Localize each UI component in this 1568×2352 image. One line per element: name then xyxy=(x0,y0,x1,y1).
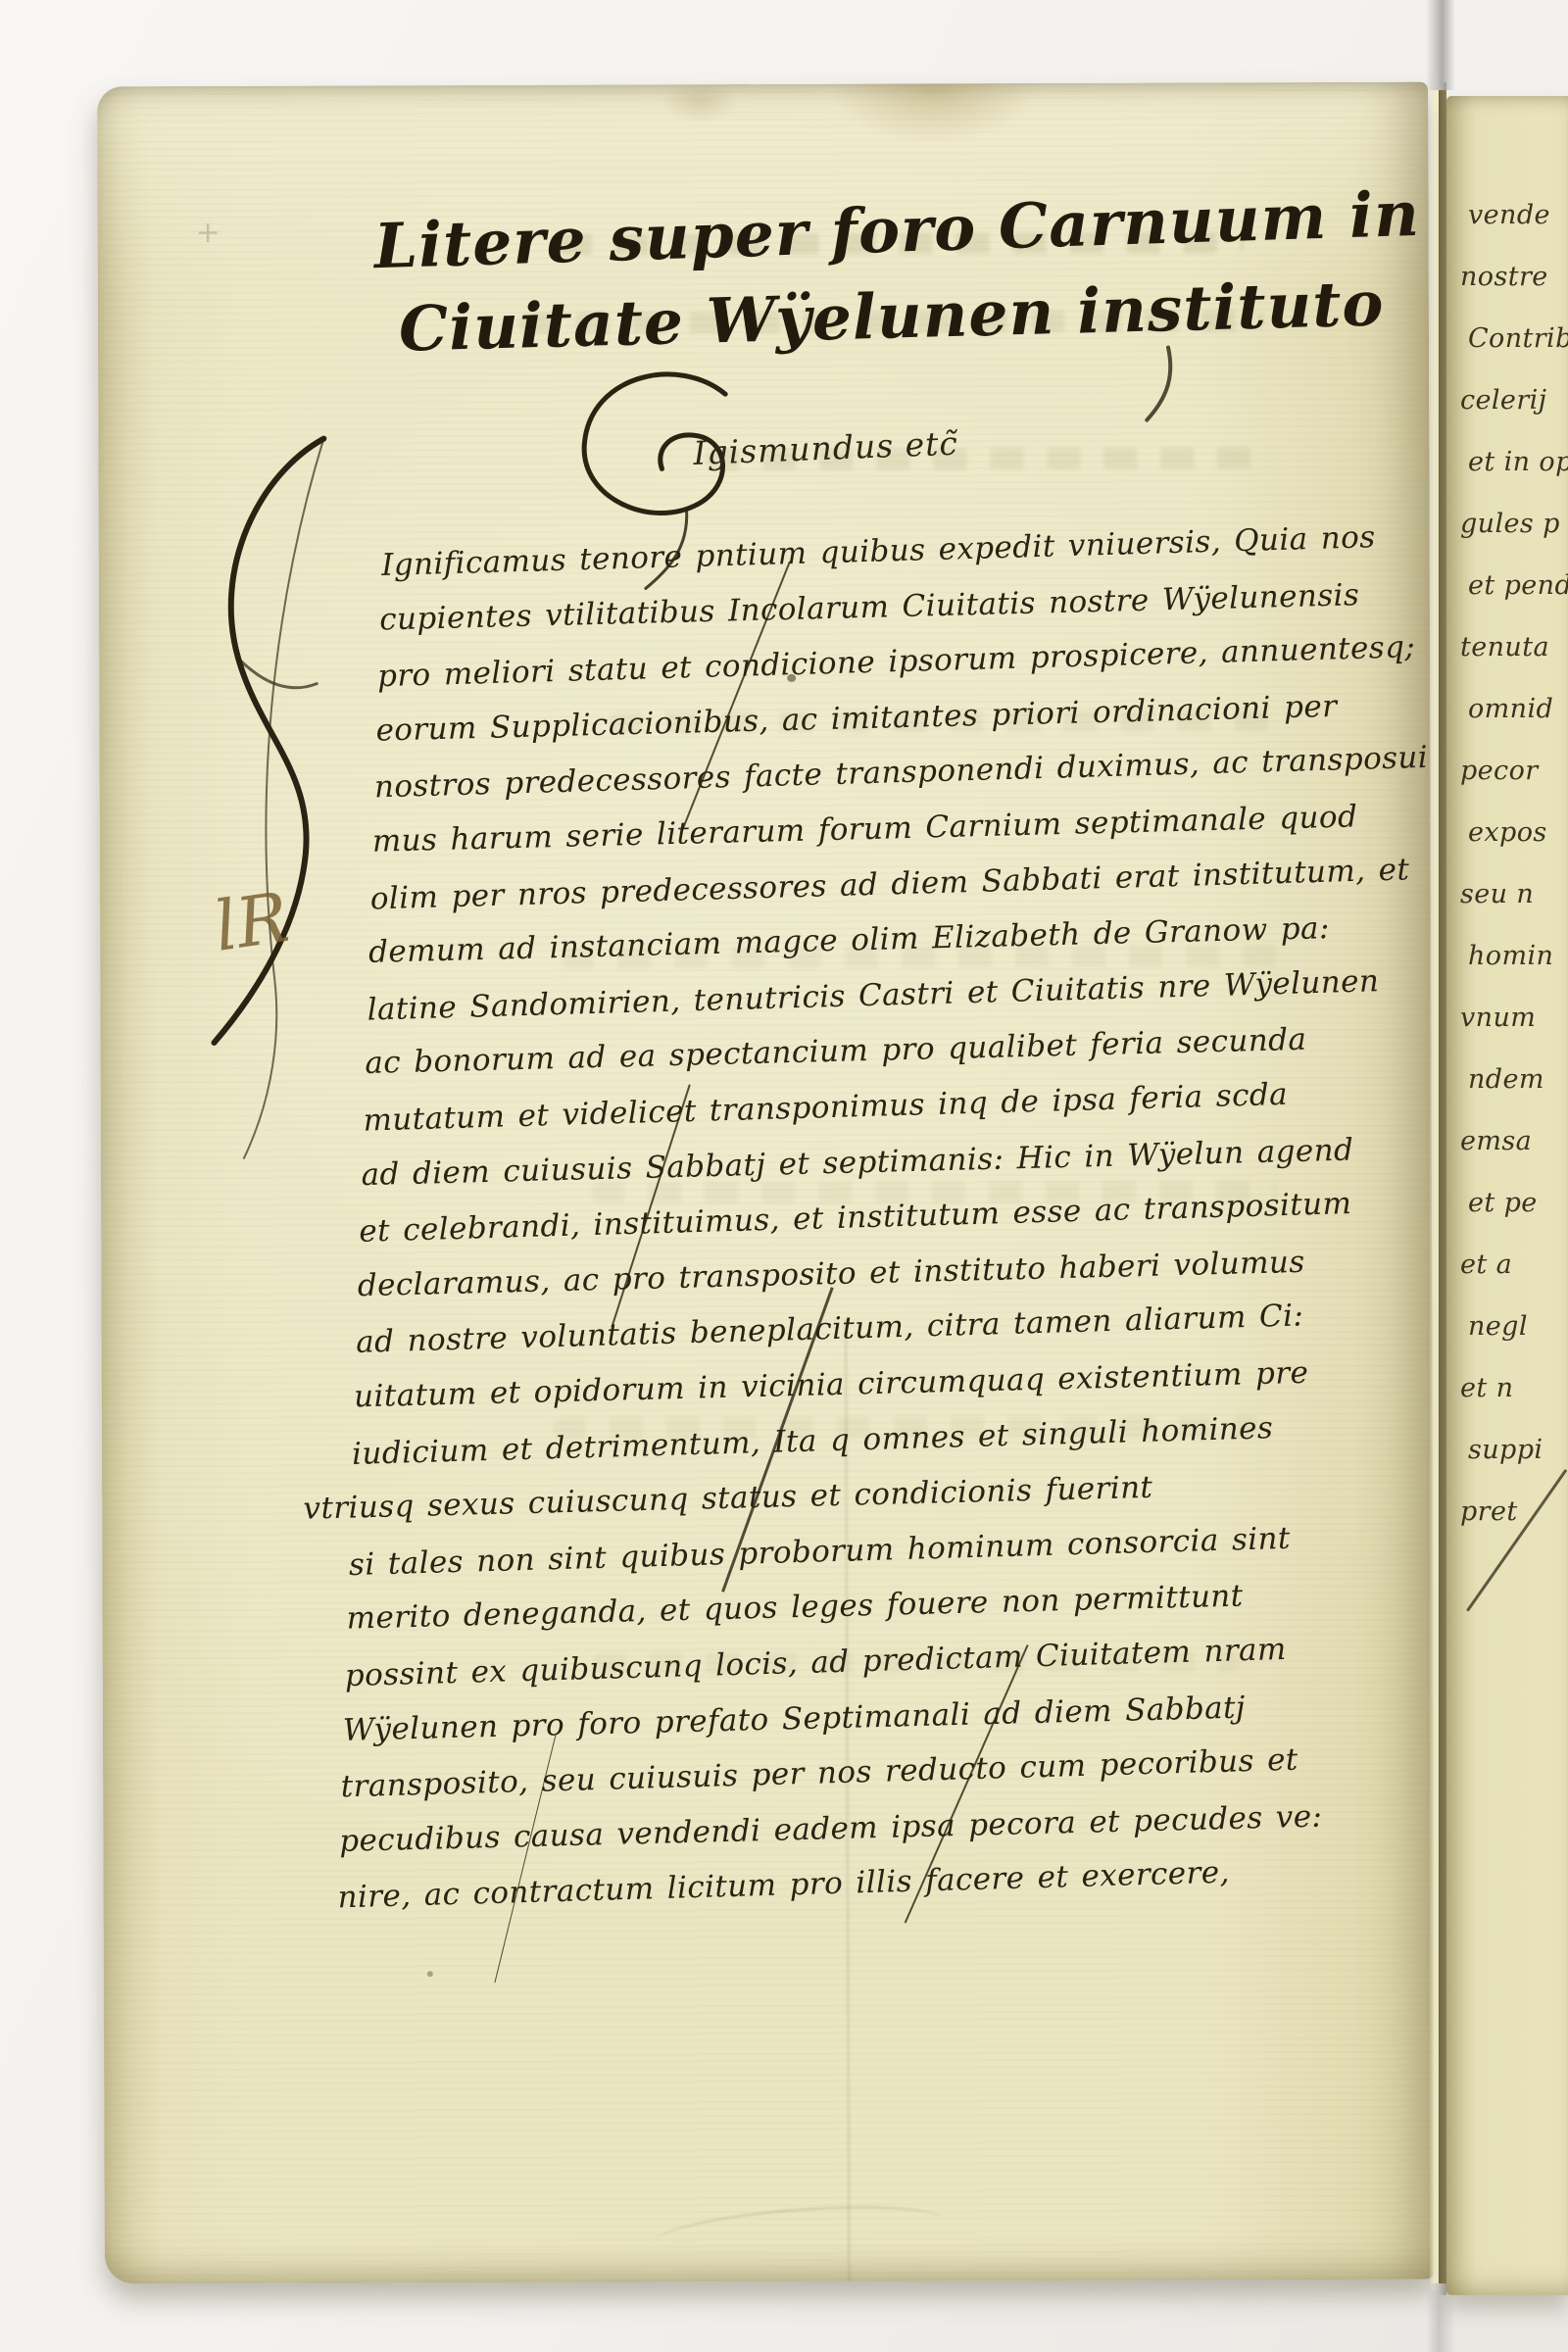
page-title-line-2: Ciuitate Wÿelunen instituto xyxy=(398,267,1385,365)
manuscript-text-line: cupientes vtilitatibus Incolarum Ciuitat… xyxy=(379,577,1360,637)
manuscript-text-line: declaramus, ac pro transposito et instit… xyxy=(357,1245,1305,1303)
binding-crease-top xyxy=(1426,0,1455,90)
body-text-block: Ignificamus tenore pntium quibus expedit… xyxy=(295,520,1429,1979)
facing-page-text-fragment: pecor xyxy=(1460,756,1539,786)
manuscript-text-line: latine Sandomirien, tenutricis Castri et… xyxy=(367,963,1380,1027)
facing-page-text-fragment: suppi xyxy=(1468,1435,1543,1465)
facing-page-text-fragment: Contribu xyxy=(1468,323,1568,354)
manuscript-text-line: demum ad instanciam magce olim Elizabeth… xyxy=(368,910,1331,970)
facing-page-text-fragment: celerij xyxy=(1460,385,1546,416)
manuscript-text-line: Wÿelunen pro foro prefato Septimanali ad… xyxy=(342,1690,1246,1747)
facing-page-text-fragment: negl xyxy=(1468,1311,1528,1342)
manuscript-text-line: nire, ac contractum licitum pro illis fa… xyxy=(337,1855,1230,1916)
manuscript-text-line: et celebrandi, instituimus, et institutu… xyxy=(359,1186,1352,1249)
manuscript-text-line: olim per nros predecessores ad diem Sabb… xyxy=(369,852,1409,916)
paper-wrinkle xyxy=(652,2198,949,2267)
manuscript-text-line: mus harum serie literarum forum Carnium … xyxy=(371,799,1357,858)
page-edge-highlight xyxy=(1429,84,1439,2291)
facing-page-text-fragment: gules p xyxy=(1460,509,1560,539)
pen-hook-flourish xyxy=(1139,346,1178,424)
facing-page-text-fragment: et pe xyxy=(1468,1188,1538,1218)
manuscript-photo: + Litere super foro Carnuum in Ciuitate … xyxy=(0,0,1568,2352)
facing-page-text-fragment: homin xyxy=(1468,941,1553,971)
manuscript-text-line: pro meliori statu et condicione ipsorum … xyxy=(377,629,1416,694)
facing-page-text-fragment: ndem xyxy=(1468,1064,1544,1095)
facing-page-text-fragment: emsa xyxy=(1460,1126,1532,1156)
ink-stain xyxy=(830,82,1036,145)
margin-annotation: lR xyxy=(210,877,294,967)
facing-page-text-fragment: et n xyxy=(1460,1373,1513,1403)
manuscript-text-line: ad diem cuiusuis Sabbatj et septimanis: … xyxy=(361,1132,1354,1193)
ink-stain xyxy=(661,82,739,124)
facing-page-text-fragment: pret xyxy=(1460,1496,1518,1527)
manuscript-text-line: vtriusq sexus cuiuscunq status et condic… xyxy=(303,1470,1153,1527)
manuscript-text-line: possint ex quibuscunq locis, ad predicta… xyxy=(344,1632,1287,1693)
manuscript-text-line: iudicium et detrimentum, Ita q omnes et … xyxy=(352,1410,1274,1472)
facing-page-text-fragment: nostre xyxy=(1460,262,1548,292)
facing-page-text-fragment: expos xyxy=(1468,817,1547,848)
manuscript-text-line: Ignificamus tenore pntium quibus expedit… xyxy=(381,519,1376,583)
facing-page-text-fragment: vende xyxy=(1468,200,1550,230)
facing-page-text-fragment: seu n xyxy=(1460,879,1534,909)
facing-page-text-fragment: et in opp xyxy=(1468,447,1568,477)
manuscript-page-right: vendenostreContribucelerijet in oppgules… xyxy=(1446,96,1568,2295)
manuscript-text-line: nostros predecessores facte transponendi… xyxy=(373,740,1436,806)
facing-page-text-fragment: vnum xyxy=(1460,1003,1536,1033)
manuscript-text-line: mutatum et videlicet transponimus inq de… xyxy=(363,1077,1288,1139)
facing-page-text-fragment: et pend xyxy=(1468,570,1568,601)
manuscript-text-line: ad nostre voluntatis beneplacitum, citra… xyxy=(356,1298,1304,1361)
binding-seam xyxy=(1439,82,1446,2295)
manuscript-page-left: + Litere super foro Carnuum in Ciuitate … xyxy=(97,82,1436,2284)
manuscript-text-line: eorum Supplicacionibus, ac imitantes pri… xyxy=(375,689,1338,749)
manuscript-text-line: ac bonorum ad ea spectancium pro qualibe… xyxy=(365,1022,1307,1081)
manuscript-text-line: merito deneganda, et quos leges fouere n… xyxy=(346,1579,1244,1637)
page-title-line-1: Litere super foro Carnuum in xyxy=(373,177,1421,282)
manuscript-text-line: pecudibus causa vendendi eadem ipsa peco… xyxy=(339,1798,1323,1858)
facing-page-text-fragment: tenuta xyxy=(1460,632,1549,662)
manuscript-text-line: transposito, seu cuiusuis per nos reduct… xyxy=(341,1742,1299,1805)
facing-page-text-fragment: omnid xyxy=(1468,694,1553,724)
facing-page-text-fragment: et a xyxy=(1460,1249,1512,1280)
faint-cross-mark: + xyxy=(196,216,221,241)
manuscript-text-line: si tales non sint quibus proborum hominu… xyxy=(348,1521,1291,1583)
pen-flourish xyxy=(1466,1469,1567,1612)
manuscript-text-line: uitatum et opidorum in vicinia circumqua… xyxy=(354,1355,1309,1415)
